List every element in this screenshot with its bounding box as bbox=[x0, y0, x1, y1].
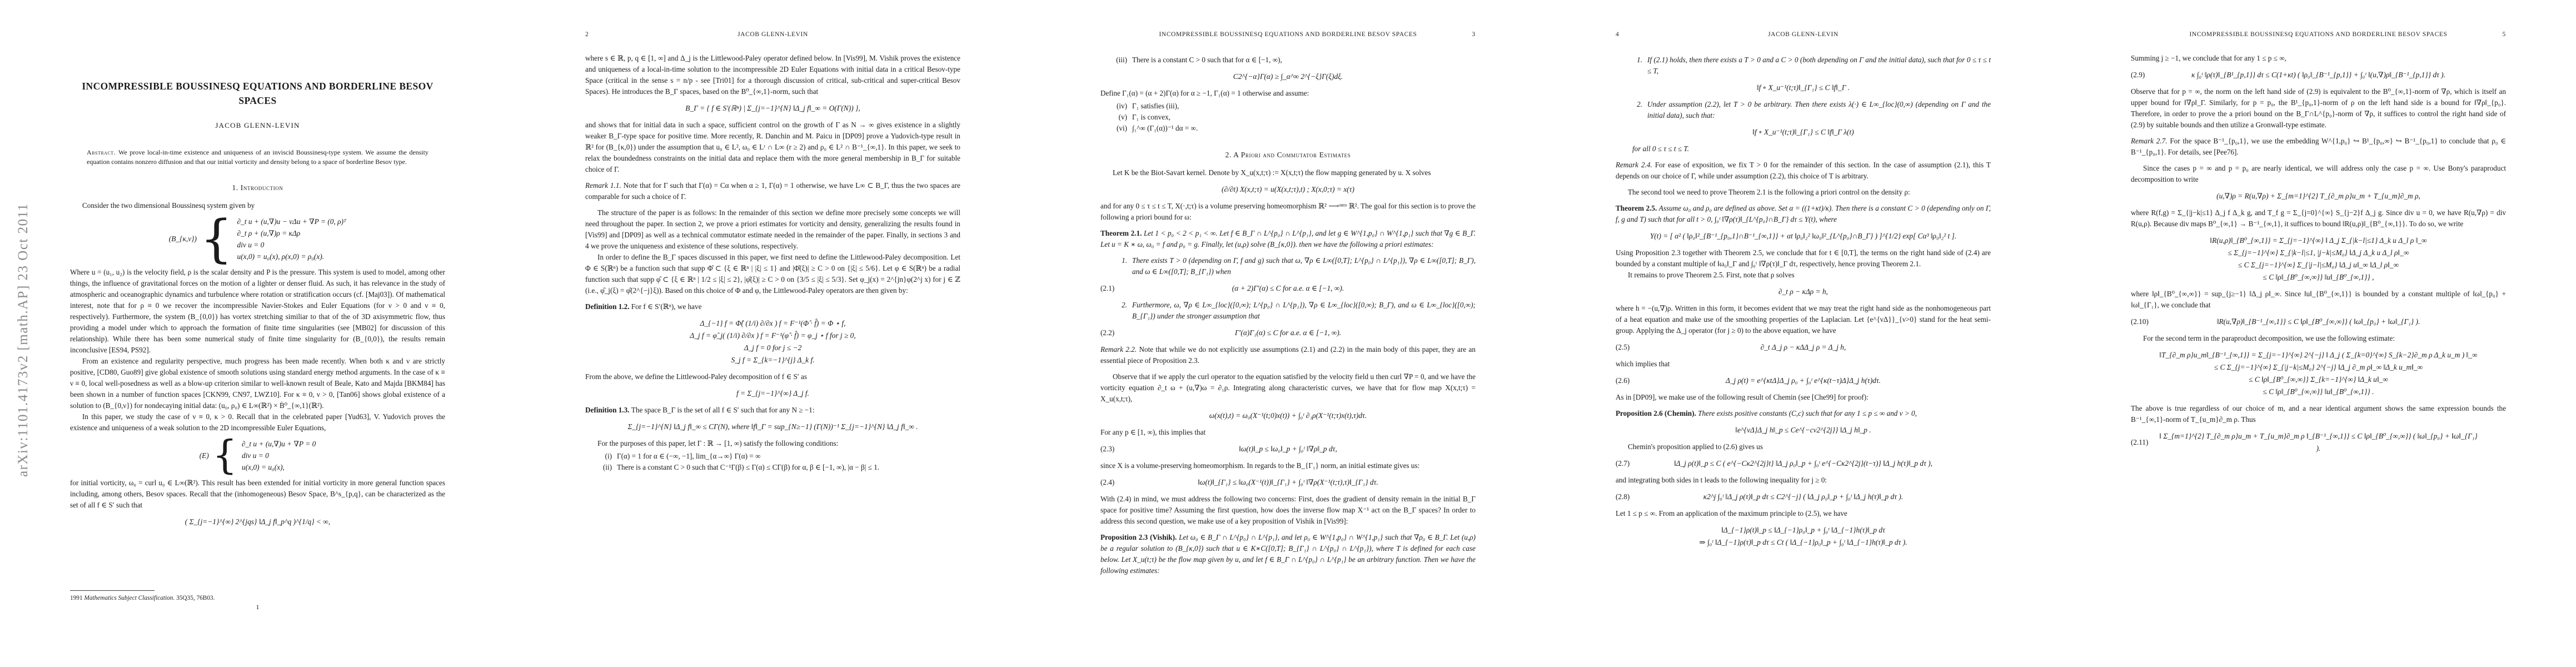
theorem: Proposition 2.6 (Chemin). There exists p… bbox=[1616, 408, 1991, 419]
remark: Remark 2.4. For ease of exposition, we f… bbox=[1616, 160, 1991, 182]
paragraph: In order to define the B_Γ spaces discus… bbox=[585, 252, 960, 296]
equation-line: B_Γ = { f ∈ S′(ℝⁿ) | Σ_{j=−1}^{N} ‖Δ_j f… bbox=[611, 102, 935, 115]
list-item: (v)Γ₁ is convex, bbox=[1100, 112, 1476, 123]
equation-body: Σ_{j=−1}^{N} ‖Δ_j f‖_∞ ≤ CΓ(N), where ‖f… bbox=[611, 421, 935, 433]
paragraph: Using Proposition 2.3 together with Theo… bbox=[1616, 247, 1991, 270]
system-label: (B_{κ,ν}) bbox=[169, 235, 197, 243]
list-item: (ii)There is a constant C > 0 such that … bbox=[585, 462, 960, 473]
display-equation: C2^{−α}Γ(α) ≥ ∫_α^∞ 2^{−ξ}Γ(ξ)dξ. bbox=[1100, 71, 1476, 83]
equation-tag: (2.1) bbox=[1100, 284, 1114, 293]
running-head-left: 2 bbox=[585, 31, 589, 38]
statement-body: Note that while we do not explicitly use… bbox=[1100, 345, 1476, 365]
display-equation: ω(x(t),t) = ω₀(X⁻¹(t;0)x(t)) + ∫₀ᵗ ∂₁ρ(X… bbox=[1100, 410, 1476, 422]
equation-line: κ2^j ∫₀ᵗ ‖Δ_j ρ(τ)‖_p dτ ≤ C2^{−j} ( ‖Δ_… bbox=[1641, 491, 1965, 503]
equation-line: ∂_t u + (u,∇)u + ∇P = 0 bbox=[242, 438, 316, 450]
equation-system: (B_{κ,ν}){∂_t u + (u,∇)u − νΔu + ∇P = (0… bbox=[70, 216, 445, 262]
display-equation: (2.6)Δ_j ρ(t) = e^{κtΔ}Δ_j ρ₀ + ∫₀ᵗ e^{κ… bbox=[1616, 375, 1991, 387]
equation-body: ‖ω(t)‖_p ≤ ‖ω₀‖_p + ∫₀ᵗ ‖∇ρ‖_p dτ, bbox=[1126, 443, 1450, 455]
paragraph: For any p ∈ [1, ∞), this implies that bbox=[1100, 427, 1476, 438]
equation-body: B_Γ = { f ∈ S′(ℝⁿ) | Σ_{j=−1}^{N} ‖Δ_j f… bbox=[611, 102, 935, 115]
statement-body: Assume ω₀ and ρ₀ are defined as above. S… bbox=[1616, 204, 1991, 223]
paragraph: For the purposes of this paper, let Γ : … bbox=[585, 438, 960, 449]
running-head-center: INCOMPRESSIBLE BOUSSINESQ EQUATIONS AND … bbox=[2131, 31, 2506, 38]
list-item: (iii)There is a constant C > 0 such that… bbox=[1100, 54, 1476, 66]
equation-body: (u,∇)ρ = R(u,∇ρ) + Σ_{m=1}^{2} T_{∂_m ρ}… bbox=[2156, 190, 2480, 202]
paper-abstract: Abstract. We prove local-in-time existen… bbox=[87, 148, 428, 167]
equation-body: Γ′(α)Γ₁(α) ≤ C for a.e. α ∈ [−1, ∞). bbox=[1126, 327, 1450, 339]
equation-tag: (2.11) bbox=[2131, 438, 2148, 447]
equation-body: ‖ω(t)‖_{Γ₁} ≤ ‖ω₀(X⁻¹(t))‖_{Γ₁} + ∫₀ᵗ ‖∇… bbox=[1126, 476, 1450, 489]
list-text: There exists T > 0 (depending on Γ, f an… bbox=[1132, 255, 1476, 277]
page-2: where s ∈ ℝ, p, q ∈ [1, ∞] and Δ_j is th… bbox=[515, 0, 1030, 667]
list: 2.Furthermore, ω, ∇ρ ∈ L∞_{loc}([0,∞); L… bbox=[1100, 300, 1476, 322]
running-head: INCOMPRESSIBLE BOUSSINESQ EQUATIONS AND … bbox=[1100, 31, 1476, 38]
equation-tag: (2.8) bbox=[1616, 492, 1630, 501]
running-head: INCOMPRESSIBLE BOUSSINESQ EQUATIONS AND … bbox=[2131, 31, 2506, 38]
arxiv-watermark: arXiv:1101.4173v2 [math.AP] 23 Oct 2011 bbox=[16, 203, 31, 477]
equation-body: ‖T_{∂_m ρ}u_m‖_{B⁻¹_{∞,1}} = Σ_{j=−1}^{∞… bbox=[2156, 349, 2480, 398]
equation-line: u(x,0) = u₀(x), ρ(x,0) = ρ₀(x). bbox=[237, 251, 347, 262]
page-number: 1 bbox=[0, 603, 515, 611]
equation-line: ‖f ∘ X_u⁻¹(t;τ)‖_{Γ₁} ≤ C ‖f‖_Γ λ(t) bbox=[1641, 126, 1965, 138]
list-marker: (ii) bbox=[585, 462, 617, 473]
equation-line: S_j f = Σ_{k=−1}^{j} Δ_k f. bbox=[611, 354, 935, 366]
list-marker: (iv) bbox=[1100, 101, 1132, 112]
list-text: ∫₁^∞ (Γ₁(α))⁻¹ dα = ∞. bbox=[1132, 123, 1476, 134]
equation-body: ( Σ_{j=−1}^{∞} 2^{jqs} ‖Δ_j f‖_p^q )^{1/… bbox=[96, 516, 420, 528]
page-4: 1.If (2.1) holds, then there exists a T … bbox=[1546, 0, 2061, 667]
equation-body: κ2^j ∫₀ᵗ ‖Δ_j ρ(τ)‖_p dτ ≤ C2^{−j} ( ‖Δ_… bbox=[1641, 491, 1965, 503]
equation-tag: (2.6) bbox=[1616, 376, 1630, 385]
list-marker: (vi) bbox=[1100, 123, 1132, 134]
list-text: There is a constant C > 0 such that C⁻¹Γ… bbox=[617, 462, 960, 473]
paragraph: since X is a volume-preserving homeomorp… bbox=[1100, 460, 1476, 471]
equation-line: ‖R(u,ρ)‖_{B⁰_{∞,1}} = Σ_{j=−1}^{∞} ‖ Δ_j… bbox=[2156, 235, 2480, 247]
equation-tag: (2.5) bbox=[1616, 343, 1630, 352]
display-equation: f = Σ_{j=−1}^{∞} Δ_j f. bbox=[585, 387, 960, 400]
footnote: 1991 Mathematics Subject Classification.… bbox=[70, 590, 445, 601]
page-3: (iii)There is a constant C > 0 such that… bbox=[1030, 0, 1546, 667]
system-lines: ∂_t u + (u,∇)u + ∇P = 0div u = 0u(x,0) =… bbox=[242, 438, 316, 473]
display-equation: (u,∇)ρ = R(u,∇ρ) + Σ_{m=1}^{2} T_{∂_m ρ}… bbox=[2131, 190, 2506, 202]
equation-line: (α + 2)Γ′(α) ≤ C for a.e. α ∈ [−1, ∞). bbox=[1126, 282, 1450, 295]
equation-body: ‖f ∘ X_u⁻¹(t;τ)‖_{Γ₁} ≤ C ‖f‖_Γ λ(t) bbox=[1641, 126, 1965, 138]
equation-body: ‖R(u,ρ)‖_{B⁰_{∞,1}} = Σ_{j=−1}^{∞} ‖ Δ_j… bbox=[2156, 235, 2480, 283]
equation-body: ω(x(t),t) = ω₀(X⁻¹(t;0)x(t)) + ∫₀ᵗ ∂₁ρ(X… bbox=[1126, 410, 1450, 422]
page-5: Summing j ≥ −1, we conclude that for any… bbox=[2061, 0, 2576, 667]
remark: Remark 2.2. Note that while we do not ex… bbox=[1100, 344, 1476, 366]
statement-label: Remark 2.4. bbox=[1616, 161, 1655, 169]
list-text: Under assumption (2.2), let T > 0 be arb… bbox=[1647, 99, 1991, 121]
equation-line: ω(x(t),t) = ω₀(X⁻¹(t;0)x(t)) + ∫₀ᵗ ∂₁ρ(X… bbox=[1126, 410, 1450, 422]
equation-line: ⇒ ∫₀ᵗ ‖Δ_{−1}ρ(τ)‖_p dτ ≤ Ct ( ‖Δ_{−1}ρ₀… bbox=[1641, 536, 1965, 549]
running-head-right: 3 bbox=[1472, 31, 1476, 38]
equation-line: ≤ C Σ_{j=−1}^{∞} Σ_{|j−k|≤M₀} 2^{−j} ‖Δ_… bbox=[2156, 361, 2480, 374]
paragraph: where h = −(u,∇)ρ. Written in this form,… bbox=[1616, 303, 1991, 336]
equation-tag: (2.7) bbox=[1616, 459, 1630, 468]
statement-label: Remark 2.2. bbox=[1100, 345, 1139, 354]
equation-tag: (2.9) bbox=[2131, 71, 2145, 79]
list-marker: (v) bbox=[1100, 112, 1132, 123]
equation-line: C2^{−α}Γ(α) ≥ ∫_α^∞ 2^{−ξ}Γ(ξ)dξ. bbox=[1126, 71, 1450, 83]
equation-line: ‖ω(t)‖_{Γ₁} ≤ ‖ω₀(X⁻¹(t))‖_{Γ₁} + ∫₀ᵗ ‖∇… bbox=[1126, 476, 1450, 489]
paragraph: Define Γ₁(α) = (α + 2)Γ(α) for α ≥ −1, Γ… bbox=[1100, 88, 1476, 99]
paragraph: where s ∈ ℝ, p, q ∈ [1, ∞] and Δ_j is th… bbox=[585, 53, 960, 97]
display-equation: ‖e^{νΔ}Δ_j h‖_p ≤ Ce^{−cν2^{2j}} ‖Δ_j h‖… bbox=[1616, 424, 1991, 436]
statement-label: Proposition 2.6 (Chemin). bbox=[1616, 409, 1698, 417]
theorem: Theorem 2.5. Assume ω₀ and ρ₀ are define… bbox=[1616, 203, 1991, 225]
running-head-center: JACOB GLENN-LEVIN bbox=[585, 31, 960, 38]
list-text: Γ₁ is convex, bbox=[1132, 112, 1476, 123]
footnote-text: 1991 bbox=[70, 595, 84, 601]
paragraph: The structure of the paper is as follows… bbox=[585, 207, 960, 252]
statement-label: Definition 1.3. bbox=[585, 406, 631, 414]
equation-line: ≤ C ‖ρ‖_{B⁰_{∞,∞}} ‖u‖_{B⁰_{∞,1}} , bbox=[2156, 271, 2480, 283]
equation-line: Γ′(α)Γ₁(α) ≤ C for a.e. α ∈ [−1, ∞). bbox=[1126, 327, 1450, 339]
definition: Definition 1.3. The space B_Γ is the set… bbox=[585, 405, 960, 416]
paragraph: for initial vorticity, ω₀ = curl u₀ ∈ L∞… bbox=[70, 477, 445, 511]
paragraph: The above is true regardless of our choi… bbox=[2131, 403, 2506, 425]
list-text: Furthermore, ω, ∇ρ ∈ L∞_{loc}([0,∞); L^{… bbox=[1132, 300, 1476, 322]
running-head: 2JACOB GLENN-LEVIN bbox=[585, 31, 960, 38]
running-head: 4JACOB GLENN-LEVIN bbox=[1616, 31, 1991, 38]
equation-line: ≤ C Σ_{j=−1}^{∞} Σ_{|j−l|≤M₀} ‖Δ_j u‖_∞ … bbox=[2156, 259, 2480, 271]
statement-body: There exists positive constants (C,c) su… bbox=[1698, 409, 1917, 417]
display-equation: ( Σ_{j=−1}^{∞} 2^{jqs} ‖Δ_j f‖_p^q )^{1/… bbox=[70, 516, 445, 528]
running-head-left: 4 bbox=[1616, 31, 1620, 38]
display-equation: (2.5)∂_t Δ_j ρ − κΔΔ_j ρ = Δ_j h, bbox=[1616, 341, 1991, 354]
equation-line: ≤ C ‖ρ‖_{B⁰_{∞,∞}} ‖u‖_{B⁰_{∞,1}} . bbox=[2156, 386, 2480, 398]
equation-body: (α + 2)Γ′(α) ≤ C for a.e. α ∈ [−1, ∞). bbox=[1126, 282, 1450, 295]
equation-line: ( Σ_{j=−1}^{∞} 2^{jqs} ‖Δ_j f‖_p^q )^{1/… bbox=[96, 516, 420, 528]
statement-label: Remark 2.7. bbox=[2131, 137, 2170, 145]
equation-line: f = Σ_{j=−1}^{∞} Δ_j f. bbox=[611, 387, 935, 400]
display-equation: ∂_t ρ − κΔρ = h, bbox=[1616, 286, 1991, 298]
equation-line: ≤ C ‖ρ‖_{B⁰_{∞,∞}} Σ_{k=−1}^{∞} ‖Δ_k u‖_… bbox=[2156, 374, 2480, 386]
equation-line: ∂_t ρ + (u,∇)ρ = κΔρ bbox=[237, 227, 347, 239]
statement-label: Proposition 2.3 (Vishik). bbox=[1100, 533, 1179, 541]
paragraph: where ‖ρ‖_{B⁰_{∞,∞}} = sup_{j≥−1} ‖Δ_j ρ… bbox=[2131, 288, 2506, 311]
display-equation: (2.4)‖ω(t)‖_{Γ₁} ≤ ‖ω₀(X⁻¹(t))‖_{Γ₁} + ∫… bbox=[1100, 476, 1476, 489]
display-equation: ‖f ∘ X_u⁻¹(t;τ)‖_{Γ₁} ≤ C ‖f‖_Γ . bbox=[1616, 82, 1991, 94]
equation-line: ∂_t Δ_j ρ − κΔΔ_j ρ = Δ_j h, bbox=[1641, 341, 1965, 354]
equation-line: Σ_{j=−1}^{N} ‖Δ_j f‖_∞ ≤ CΓ(N), where ‖f… bbox=[611, 421, 935, 433]
equation-line: ‖R(u,∇ρ)‖_{B⁻¹_{∞,1}} ≤ C ‖ρ‖_{B⁰_{∞,∞}}… bbox=[2156, 316, 2480, 328]
display-equation: (2.8)κ2^j ∫₀ᵗ ‖Δ_j ρ(τ)‖_p dτ ≤ C2^{−j} … bbox=[1616, 491, 1991, 503]
list-marker: 1. bbox=[1100, 255, 1132, 277]
display-equation: (∂/∂t) X(x,t;τ) = u(X(x,t;τ),t) ; X(x,0;… bbox=[1100, 183, 1476, 196]
paragraph: for all 0 ≤ τ ≤ t ≤ T. bbox=[1616, 143, 1991, 155]
definition: Definition 1.2. For f ∈ S′(ℝⁿ), we have bbox=[585, 301, 960, 312]
equation-body: Υ(t) = [ α² ( ‖ρ₀‖²_{B⁻¹_{p₀,1}∩B⁻¹_{∞,1… bbox=[1641, 230, 1965, 242]
equation-line: ‖Δ_{−1}ρ(t)‖_p ≤ ‖Δ_{−1}ρ₀‖_p + ∫₀ᵗ ‖Δ_{… bbox=[1641, 524, 1965, 536]
display-equation: ‖R(u,ρ)‖_{B⁰_{∞,1}} = Σ_{j=−1}^{∞} ‖ Δ_j… bbox=[2131, 235, 2506, 283]
page-content: where s ∈ ℝ, p, q ∈ [1, ∞] and Δ_j is th… bbox=[585, 53, 960, 475]
paragraph: In this paper, we study the case of ν ≡ … bbox=[70, 411, 445, 434]
list-text: If (2.1) holds, then there exists a T > … bbox=[1647, 54, 1991, 77]
running-head-center: JACOB GLENN-LEVIN bbox=[1616, 31, 1991, 38]
equation-line: ‖f ∘ X_u⁻¹(t;τ)‖_{Γ₁} ≤ C ‖f‖_Γ . bbox=[1641, 82, 1965, 94]
equation-body: ∂_t Δ_j ρ − κΔΔ_j ρ = Δ_j h, bbox=[1641, 341, 1965, 354]
equation-tag: (2.10) bbox=[2131, 317, 2149, 326]
equation-line: Δ_{−1} f = Φ̂( (1/i) ∂/∂x ) f = F⁻¹(Φ̂ ·… bbox=[611, 317, 935, 330]
list-item: 1.There exists T > 0 (depending on Γ, f … bbox=[1100, 255, 1476, 277]
equation-line: ‖ω(t)‖_p ≤ ‖ω₀‖_p + ∫₀ᵗ ‖∇ρ‖_p dτ, bbox=[1126, 443, 1450, 455]
list-marker: 2. bbox=[1100, 300, 1132, 322]
remark: Remark 1.1. Note that for Γ such that Γ(… bbox=[585, 180, 960, 202]
paragraph: With (2.4) in mind, we must address the … bbox=[1100, 494, 1476, 527]
list-item: (i)Γ(α) = 1 for α ∈ (−∞, −1], lim_{α→∞} … bbox=[585, 451, 960, 462]
equation-line: u(x,0) = u₀(x), bbox=[242, 461, 316, 473]
list-marker: (iii) bbox=[1100, 54, 1132, 66]
paragraph: Summing j ≥ −1, we conclude that for any… bbox=[2131, 53, 2506, 64]
display-equation: Υ(t) = [ α² ( ‖ρ₀‖²_{B⁻¹_{p₀,1}∩B⁻¹_{∞,1… bbox=[1616, 230, 1991, 242]
list: (iii)There is a constant C > 0 such that… bbox=[1100, 54, 1476, 66]
abstract-label: Abstract. bbox=[87, 148, 118, 156]
system-label: (E) bbox=[200, 451, 209, 460]
display-equation: (2.1)(α + 2)Γ′(α) ≤ C for a.e. α ∈ [−1, … bbox=[1100, 282, 1476, 295]
paragraph: From the above, we define the Littlewood… bbox=[585, 371, 960, 382]
equation-line: (∂/∂t) X(x,t;τ) = u(X(x,t;τ),t) ; X(x,0;… bbox=[1126, 183, 1450, 196]
paragraph: It remains to prove Theorem 2.5. First, … bbox=[1616, 270, 1991, 281]
running-head-right: 5 bbox=[2502, 31, 2506, 38]
page-content: Summing j ≥ −1, we conclude that for any… bbox=[2131, 53, 2506, 460]
equation-line: (u,∇)ρ = R(u,∇ρ) + Σ_{m=1}^{2} T_{∂_m ρ}… bbox=[2156, 190, 2480, 202]
running-head-center: INCOMPRESSIBLE BOUSSINESQ EQUATIONS AND … bbox=[1100, 31, 1476, 38]
theorem: Theorem 2.1. Let 1 < p₀ < 2 < p₁ < ∞. Le… bbox=[1100, 228, 1476, 250]
list-item: 2.Under assumption (2.2), let T > 0 be a… bbox=[1616, 99, 1991, 121]
paragraph: where R(f,g) = Σ_{|j−k|≤1} Δ_j f Δ_k g, … bbox=[2131, 207, 2506, 230]
paragraph: and integrating both sides in t leads to… bbox=[1616, 475, 1991, 486]
statement-body: The space B_Γ is the set of all f ∈ S′ s… bbox=[631, 406, 815, 414]
equation-line: ∂_t u + (u,∇)u − νΔu + ∇P = (0, ρ)ᵀ bbox=[237, 216, 347, 227]
footnote-text: 35Q35, 76B03. bbox=[175, 595, 215, 601]
display-equation: ‖f ∘ X_u⁻¹(t;τ)‖_{Γ₁} ≤ C ‖f‖_Γ λ(t) bbox=[1616, 126, 1991, 138]
remark: Remark 2.7. For the space B⁻¹_{p₀,1}, we… bbox=[2131, 136, 2506, 158]
display-equation: B_Γ = { f ∈ S′(ℝⁿ) | Σ_{j=−1}^{N} ‖Δ_j f… bbox=[585, 102, 960, 115]
equation-body: ‖e^{νΔ}Δ_j h‖_p ≤ Ce^{−cν2^{2j}} ‖Δ_j h‖… bbox=[1641, 424, 1965, 436]
equation-line: ‖ Σ_{m=1}^{2} T_{∂_m ρ}u_m + T_{u_m}∂_m … bbox=[2156, 430, 2480, 455]
section-heading: 1. Introduction bbox=[70, 183, 445, 192]
equation-body: κ ∫₀ᵗ ‖ρ(τ)‖_{B¹_{p,1}} dτ ≤ C(1+κt) ( ‖… bbox=[2156, 69, 2480, 81]
statement-body: For f ∈ S′(ℝⁿ), we have bbox=[631, 302, 702, 311]
display-equation: (2.3)‖ω(t)‖_p ≤ ‖ω₀‖_p + ∫₀ᵗ ‖∇ρ‖_p dτ, bbox=[1100, 443, 1476, 455]
list: 2.Under assumption (2.2), let T > 0 be a… bbox=[1616, 99, 1991, 121]
list: (iv)Γ₁ satisfies (iii),(v)Γ₁ is convex,(… bbox=[1100, 101, 1476, 134]
list-item: (vi)∫₁^∞ (Γ₁(α))⁻¹ dα = ∞. bbox=[1100, 123, 1476, 134]
paragraph: Where u = (u₁, u₂) is the velocity field… bbox=[70, 267, 445, 356]
equation-tag: (2.4) bbox=[1100, 478, 1114, 487]
equation-line: κ ∫₀ᵗ ‖ρ(τ)‖_{B¹_{p,1}} dτ ≤ C(1+κt) ( ‖… bbox=[2156, 69, 2480, 81]
list: 1.There exists T > 0 (depending on Γ, f … bbox=[1100, 255, 1476, 277]
equation-line: div u = 0 bbox=[242, 450, 316, 461]
paragraph: and shows that for initial data in such … bbox=[585, 120, 960, 175]
display-equation: Σ_{j=−1}^{N} ‖Δ_j f‖_∞ ≤ CΓ(N), where ‖f… bbox=[585, 421, 960, 433]
footnote-italic: Mathematics Subject Classification. bbox=[84, 595, 175, 601]
list-marker: (i) bbox=[585, 451, 617, 462]
display-equation: Δ_{−1} f = Φ̂( (1/i) ∂/∂x ) f = F⁻¹(Φ̂ ·… bbox=[585, 317, 960, 366]
equation-body: ∂_t ρ − κΔρ = h, bbox=[1641, 286, 1965, 298]
display-equation: (2.7)‖Δ_j ρ(t)‖_p ≤ C ( e^{−Cκ2^{2j}t} ‖… bbox=[1616, 457, 1991, 470]
list-marker: 1. bbox=[1616, 54, 1647, 77]
paragraph: which implies that bbox=[1616, 359, 1991, 370]
equation-tag: (2.2) bbox=[1100, 328, 1114, 337]
equation-line: Υ(t) = [ α² ( ‖ρ₀‖²_{B⁻¹_{p₀,1}∩B⁻¹_{∞,1… bbox=[1641, 230, 1965, 242]
page-1: arXiv:1101.4173v2 [math.AP] 23 Oct 2011 … bbox=[0, 0, 515, 667]
equation-line: div u = 0 bbox=[237, 239, 347, 251]
list-marker: 2. bbox=[1616, 99, 1647, 121]
display-equation: (2.11)‖ Σ_{m=1}^{2} T_{∂_m ρ}u_m + T_{u_… bbox=[2131, 430, 2506, 455]
left-brace: { bbox=[212, 439, 237, 472]
equation-body: Δ_{−1} f = Φ̂( (1/i) ∂/∂x ) f = F⁻¹(Φ̂ ·… bbox=[611, 317, 935, 366]
statement-label: Definition 1.2. bbox=[585, 302, 631, 311]
list-item: (iv)Γ₁ satisfies (iii), bbox=[1100, 101, 1476, 112]
equation-line: Δ_j ρ(t) = e^{κtΔ}Δ_j ρ₀ + ∫₀ᵗ e^{κ(t−τ)… bbox=[1641, 375, 1965, 387]
statement-body: Let 1 < p₀ < 2 < p₁ < ∞. Let f ∈ B_Γ ∩ L… bbox=[1100, 229, 1476, 248]
paragraph: and for any 0 ≤ τ ≤ t ≤ T, X(·,t;τ) is a… bbox=[1100, 201, 1476, 223]
list: 1.If (2.1) holds, then there exists a T … bbox=[1616, 54, 1991, 77]
list: (i)Γ(α) = 1 for α ∈ (−∞, −1], lim_{α→∞} … bbox=[585, 451, 960, 473]
list-text: There is a constant C > 0 such that for … bbox=[1132, 54, 1476, 66]
equation-line: ≤ Σ_{j=−1}^{∞} Σ_{|k−l|≤1, |j−k|≤M₀} ‖Δ_… bbox=[2156, 247, 2480, 259]
equation-body: f = Σ_{j=−1}^{∞} Δ_j f. bbox=[611, 387, 935, 400]
equation-body: C2^{−α}Γ(α) ≥ ∫_α^∞ 2^{−ξ}Γ(ξ)dξ. bbox=[1126, 71, 1450, 83]
theorem: Proposition 2.3 (Vishik). Let ω₀ ∈ B_Γ ∩… bbox=[1100, 532, 1476, 576]
paper-title: INCOMPRESSIBLE BOUSSINESQ EQUATIONS AND … bbox=[80, 79, 435, 108]
equation-system: (E){∂_t u + (u,∇)u + ∇P = 0div u = 0u(x,… bbox=[70, 438, 445, 473]
equation-line: ∂_t ρ − κΔρ = h, bbox=[1641, 286, 1965, 298]
page-content: INCOMPRESSIBLE BOUSSINESQ EQUATIONS AND … bbox=[70, 0, 445, 533]
display-equation: ‖Δ_{−1}ρ(t)‖_p ≤ ‖Δ_{−1}ρ₀‖_p + ∫₀ᵗ ‖Δ_{… bbox=[1616, 524, 1991, 549]
equation-tag: (2.3) bbox=[1100, 445, 1114, 454]
paragraph: Observe that for p = ∞, the norm on the … bbox=[2131, 86, 2506, 131]
display-equation: (2.9)κ ∫₀ᵗ ‖ρ(τ)‖_{B¹_{p,1}} dτ ≤ C(1+κt… bbox=[2131, 69, 2506, 81]
section-heading: 2. A Priori and Commutator Estimates bbox=[1100, 151, 1476, 160]
display-equation: (2.2)Γ′(α)Γ₁(α) ≤ C for a.e. α ∈ [−1, ∞)… bbox=[1100, 327, 1476, 339]
list-item: 1.If (2.1) holds, then there exists a T … bbox=[1616, 54, 1991, 77]
statement-label: Theorem 2.1. bbox=[1100, 229, 1144, 237]
equation-line: Δ_j f = φ̂_j( (1/i) ∂/∂x ) f = F⁻¹(φ̂ · … bbox=[611, 330, 935, 342]
paragraph: Chemin's proposition applied to (2.6) gi… bbox=[1616, 441, 1991, 452]
paragraph: For the second term in the paraproduct d… bbox=[2131, 333, 2506, 344]
equation-body: ‖ Σ_{m=1}^{2} T_{∂_m ρ}u_m + T_{u_m}∂_m … bbox=[2156, 430, 2480, 455]
list-item: 2.Furthermore, ω, ∇ρ ∈ L∞_{loc}([0,∞); L… bbox=[1100, 300, 1476, 322]
statement-label: Remark 1.1. bbox=[585, 181, 624, 190]
paragraph: Let 1 ≤ p ≤ ∞. From an application of th… bbox=[1616, 508, 1991, 519]
equation-body: ‖Δ_{−1}ρ(t)‖_p ≤ ‖Δ_{−1}ρ₀‖_p + ∫₀ᵗ ‖Δ_{… bbox=[1641, 524, 1965, 549]
equation-body: ‖f ∘ X_u⁻¹(t;τ)‖_{Γ₁} ≤ C ‖f‖_Γ . bbox=[1641, 82, 1965, 94]
paragraph: From an existence and regularity perspec… bbox=[70, 356, 445, 411]
statement-body: For ease of exposition, we fix T > 0 for… bbox=[1616, 161, 1991, 180]
equation-line: ‖Δ_j ρ(t)‖_p ≤ C ( e^{−Cκ2^{2j}t} ‖Δ_j ρ… bbox=[1641, 457, 1965, 470]
paragraph: Observe that if we apply the curl operat… bbox=[1100, 371, 1476, 405]
system-lines: ∂_t u + (u,∇)u − νΔu + ∇P = (0, ρ)ᵀ∂_t ρ… bbox=[237, 216, 347, 262]
list-text: Γ₁ satisfies (iii), bbox=[1132, 101, 1476, 112]
display-equation: ‖T_{∂_m ρ}u_m‖_{B⁻¹_{∞,1}} = Σ_{j=−1}^{∞… bbox=[2131, 349, 2506, 398]
statement-label: Theorem 2.5. bbox=[1616, 204, 1659, 212]
paragraph: Let K be the Biot-Savart kernel. Denote … bbox=[1100, 167, 1476, 178]
paragraph: Consider the two dimensional Boussinesq … bbox=[70, 200, 445, 211]
display-equation: (2.10)‖R(u,∇ρ)‖_{B⁻¹_{∞,1}} ≤ C ‖ρ‖_{B⁰_… bbox=[2131, 316, 2506, 328]
equation-body: (∂/∂t) X(x,t;τ) = u(X(x,t;τ),t) ; X(x,0;… bbox=[1126, 183, 1450, 196]
equation-line: Δ_j f = 0 for j ≤ −2 bbox=[611, 342, 935, 354]
paper-canvas: { "watermark": "arXiv:1101.4173v2 [math.… bbox=[0, 0, 2576, 667]
equation-body: ‖R(u,∇ρ)‖_{B⁻¹_{∞,1}} ≤ C ‖ρ‖_{B⁰_{∞,∞}}… bbox=[2156, 316, 2480, 328]
left-brace: { bbox=[200, 217, 233, 261]
page-content: (iii)There is a constant C > 0 such that… bbox=[1100, 53, 1476, 581]
paragraph: As in [DP09], we make use of the followi… bbox=[1616, 392, 1991, 403]
statement-body: For the space B⁻¹_{p₀,1}, we use the emb… bbox=[2131, 137, 2506, 156]
paper-author: JACOB GLENN-LEVIN bbox=[70, 121, 445, 130]
equation-line: ‖T_{∂_m ρ}u_m‖_{B⁻¹_{∞,1}} = Σ_{j=−1}^{∞… bbox=[2156, 349, 2480, 361]
equation-line: ‖e^{νΔ}Δ_j h‖_p ≤ Ce^{−cν2^{2j}} ‖Δ_j h‖… bbox=[1641, 424, 1965, 436]
equation-body: ‖Δ_j ρ(t)‖_p ≤ C ( e^{−Cκ2^{2j}t} ‖Δ_j ρ… bbox=[1641, 457, 1965, 470]
equation-body: Δ_j ρ(t) = e^{κtΔ}Δ_j ρ₀ + ∫₀ᵗ e^{κ(t−τ)… bbox=[1641, 375, 1965, 387]
paragraph: Since the cases p = ∞ and p = p₀ are nea… bbox=[2131, 163, 2506, 185]
paragraph: The second tool we need to prove Theorem… bbox=[1616, 187, 1991, 198]
statement-body: Note that for Γ such that Γ(α) = Cα when… bbox=[585, 181, 960, 201]
list-text: Γ(α) = 1 for α ∈ (−∞, −1], lim_{α→∞} Γ(α… bbox=[617, 451, 960, 462]
page-content: 1.If (2.1) holds, then there exists a T … bbox=[1616, 53, 1991, 554]
